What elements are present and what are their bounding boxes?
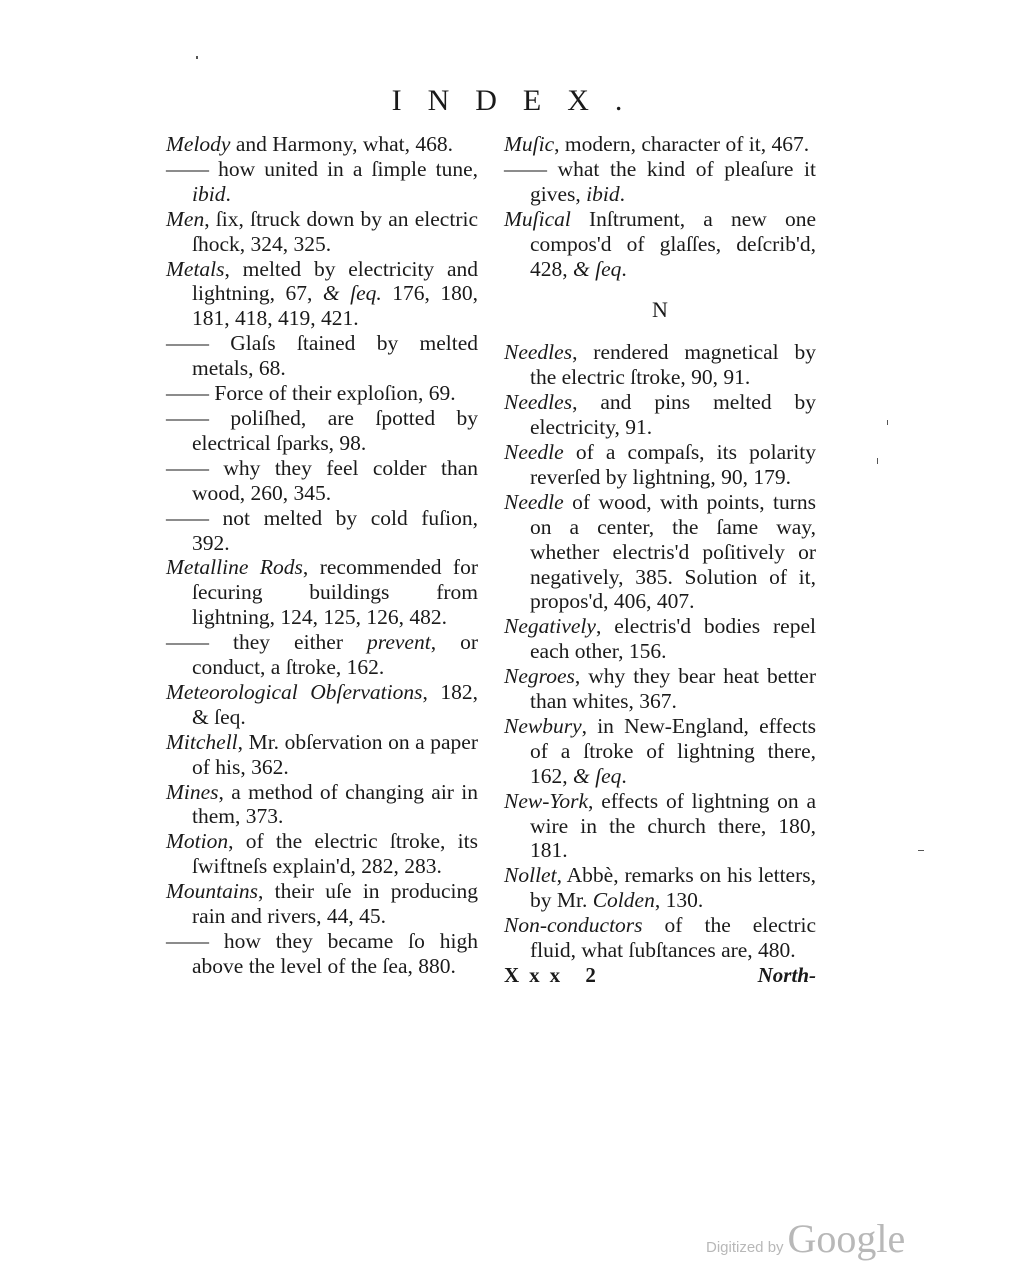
entry-text: , of the electric ſtroke, its ſwiftneſs …	[192, 829, 478, 878]
entry-italic-ref: ibid	[192, 182, 225, 206]
index-entry: —— they either prevent, or conduct, a ſt…	[166, 630, 478, 680]
entry-text: , a method of changing air in them, 373.	[192, 780, 478, 829]
entry-headword: ——	[166, 929, 209, 953]
scan-speck	[887, 420, 888, 425]
index-entry: New-York, effects of lightning on a wire…	[504, 789, 816, 864]
google-logo: Google	[788, 1215, 906, 1262]
entry-text: , ſix, ſtruck down by an electric ſhock,…	[192, 207, 478, 256]
entry-headword: ——	[166, 331, 209, 355]
entry-headword: ——	[504, 157, 547, 181]
signature-mark: Xxx 2	[504, 963, 606, 988]
index-entry: Newbury, in New-England, effects of a ſt…	[504, 714, 816, 789]
entry-tail: .	[620, 182, 625, 206]
entry-headword: ——	[166, 406, 209, 430]
entry-headword: Muſic	[504, 132, 554, 156]
entry-headword: ——	[166, 381, 209, 405]
entry-headword: Motion	[166, 829, 228, 853]
entry-text: how united in a ſimple tune,	[209, 157, 478, 181]
index-entry: Mitchell, Mr. obſervation on a paper of …	[166, 730, 478, 780]
entry-text: not melted by cold fuſion, 392.	[192, 506, 478, 555]
entry-text: poliſhed, are ſpotted by electrical ſpar…	[192, 406, 478, 455]
entry-headword: Needles	[504, 390, 572, 414]
page-footer: Xxx 2 North-	[504, 963, 816, 988]
entry-headword: Melody	[166, 132, 230, 156]
entry-headword: ——	[166, 506, 209, 530]
index-entry: Men, ſix, ſtruck down by an electric ſho…	[166, 207, 478, 257]
entry-headword: ——	[166, 157, 209, 181]
entry-headword: Meteorological Obſervations	[166, 680, 423, 704]
catchword: North-	[758, 963, 816, 988]
index-entry: —— not melted by cold fuſion, 392.	[166, 506, 478, 556]
index-entry: Motion, of the electric ſtroke, its ſwif…	[166, 829, 478, 879]
index-entry: —— why they feel colder than wood, 260, …	[166, 456, 478, 506]
entry-text: they either	[209, 630, 367, 654]
entry-headword: ——	[166, 456, 209, 480]
entry-text: why they feel colder than wood, 260, 345…	[192, 456, 478, 505]
entry-headword: Mitchell	[166, 730, 238, 754]
entry-headword: Men	[166, 207, 204, 231]
entry-text: and Harmony, what, 468.	[230, 132, 453, 156]
index-entry: —— how they became ſo high above the lev…	[166, 929, 478, 979]
entry-headword: Negatively	[504, 614, 596, 638]
index-entry: Needles, and pins melted by electricity,…	[504, 390, 816, 440]
entry-text: , and pins melted by electricity, 91.	[530, 390, 816, 439]
scan-speck	[877, 458, 878, 464]
entry-headword: Newbury	[504, 714, 582, 738]
index-entry: Negroes, why they bear heat better than …	[504, 664, 816, 714]
entry-headword: Mountains	[166, 879, 258, 903]
entry-text: of wood, with points, turns on a center,…	[530, 490, 816, 614]
scan-speck	[918, 850, 924, 851]
right-entries-m: Muſic, modern, character of it, 467.—— w…	[504, 132, 816, 281]
entry-headword: Mines	[166, 780, 219, 804]
right-column: Muſic, modern, character of it, 467.—— w…	[504, 132, 816, 988]
index-entry: Muſic, modern, character of it, 467.	[504, 132, 816, 157]
index-entry: Mines, a method of changing air in them,…	[166, 780, 478, 830]
entry-headword: Needle	[504, 440, 564, 464]
entry-tail: , 130.	[655, 888, 703, 912]
index-entry: —— Force of their exploſion, 69.	[166, 381, 478, 406]
entry-text: how they became ſo high above the level …	[192, 929, 478, 978]
index-entry: Muſical Inſtrument, a new one compos'd o…	[504, 207, 816, 282]
entry-headword: Needle	[504, 490, 564, 514]
entry-italic-ref: ibid	[586, 182, 619, 206]
index-entry: Metalline Rods, recommended for ſecuring…	[166, 555, 478, 630]
index-entry: Mountains, their uſe in producing rain a…	[166, 879, 478, 929]
entry-italic-ref: Colden	[593, 888, 655, 912]
index-entry: Needle of wood, with points, turns on a …	[504, 490, 816, 615]
entry-tail: .	[621, 257, 626, 281]
index-entry: —— poliſhed, are ſpotted by electrical ſ…	[166, 406, 478, 456]
index-entry: Needle of a compaſs, its polarity reverſ…	[504, 440, 816, 490]
entry-headword: Non-conductors	[504, 913, 643, 937]
index-entry: Nollet, Abbè, remarks on his letters, by…	[504, 863, 816, 913]
entry-text: Force of their exploſion, 69.	[209, 381, 456, 405]
index-entry: Non-conductors of the electric fluid, wh…	[504, 913, 816, 963]
scan-speck	[196, 56, 198, 59]
entry-headword: Metals	[166, 257, 225, 281]
entry-text: Glaſs ſtained by melted metals, 68.	[192, 331, 478, 380]
entry-headword: ——	[166, 630, 209, 654]
entry-tail: .	[225, 182, 230, 206]
page-title: INDEX.	[0, 84, 1014, 118]
index-entry: Melody and Harmony, what, 468.	[166, 132, 478, 157]
index-entry: Metals, melted by electricity and lightn…	[166, 257, 478, 332]
entry-text: what the kind of pleaſure it gives,	[530, 157, 816, 206]
index-entry: Needles, rendered magnetical by the elec…	[504, 340, 816, 390]
watermark-small-text: Digitized by	[706, 1239, 784, 1256]
entry-headword: Negroes	[504, 664, 575, 688]
index-entry: Negatively, electris'd bodies repel each…	[504, 614, 816, 664]
entry-headword: New-York	[504, 789, 588, 813]
index-entry: Meteorological Obſervations, 182, & ſeq.	[166, 680, 478, 730]
entry-text: , modern, character of it, 467.	[554, 132, 809, 156]
index-entry: —— Glaſs ſtained by melted metals, 68.	[166, 331, 478, 381]
left-column: Melody and Harmony, what, 468.—— how uni…	[166, 132, 478, 979]
entry-italic-ref: & ſeq	[573, 764, 621, 788]
entry-text: of a compaſs, its polarity reverſed by l…	[530, 440, 816, 489]
entry-headword: Nollet	[504, 863, 557, 887]
entry-italic-ref: & ſeq.	[323, 281, 382, 305]
entry-italic-ref: & ſeq	[573, 257, 621, 281]
index-entry: —— what the kind of pleaſure it gives, i…	[504, 157, 816, 207]
index-entry: —— how united in a ſimple tune, ibid.	[166, 157, 478, 207]
digitized-by-google-watermark: Digitized by Google	[706, 1215, 905, 1262]
right-entries-n: Needles, rendered magnetical by the elec…	[504, 340, 816, 963]
entry-headword: Muſical	[504, 207, 571, 231]
entry-italic-ref: prevent	[367, 630, 431, 654]
entry-tail: .	[621, 764, 626, 788]
section-letter-n: N	[504, 298, 816, 323]
entry-headword: Needles	[504, 340, 572, 364]
entry-text: , rendered magnetical by the electric ſt…	[530, 340, 816, 389]
entry-headword: Metalline Rods	[166, 555, 303, 579]
